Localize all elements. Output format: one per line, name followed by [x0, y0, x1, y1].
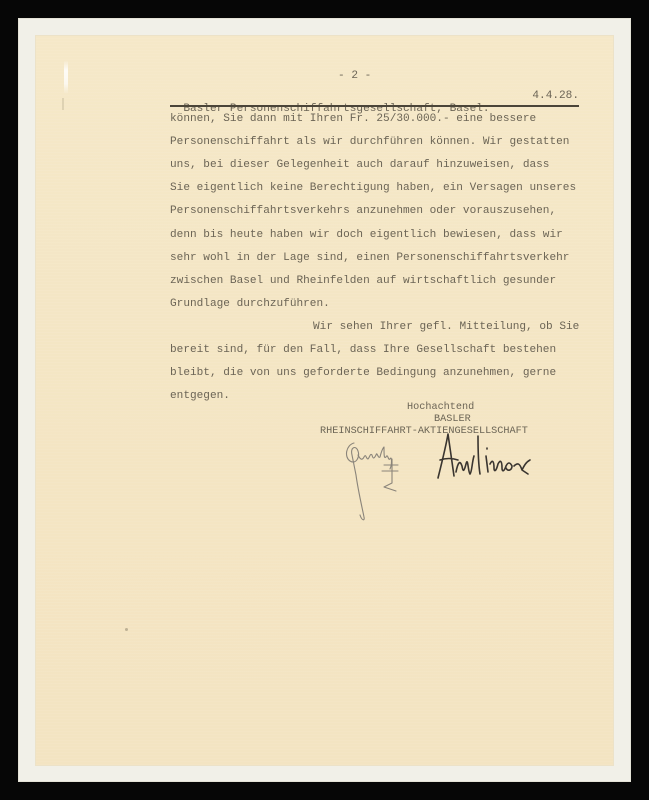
paper-blemish	[62, 98, 64, 110]
body-line: Wir sehen Ihrer gefl. Mitteilung, ob Sie	[313, 321, 579, 334]
page-number: - 2 -	[338, 70, 371, 83]
signature-left	[340, 435, 420, 525]
body-line: uns, bei dieser Gelegenheit auch darauf …	[170, 159, 549, 172]
body-line: Personenschiffahrtsverkehrs anzunehmen o…	[170, 205, 556, 218]
paper-speck	[125, 628, 128, 631]
body-line: denn bis heute haben wir doch eigentlich…	[170, 229, 563, 242]
body-line: Sie eigentlich keine Berechtigung haben,…	[170, 182, 576, 195]
body-line: können, Sie dann mit Ihren Fr. 25/30.000…	[170, 113, 536, 126]
closing-salutation: Hochachtend	[407, 402, 474, 414]
header-underline	[170, 105, 579, 107]
body-line: bleibt, die von uns geforderte Bedingung…	[170, 367, 556, 380]
letter-date: 4.4.28.	[532, 90, 579, 103]
company-name-line1: BASLER	[434, 414, 471, 426]
body-line: sehr wohl in der Lage sind, einen Person…	[170, 252, 569, 265]
signature-right	[430, 432, 545, 487]
paper-blemish	[64, 60, 68, 94]
body-line: Personenschiffahrt als wir durchführen k…	[170, 136, 569, 149]
body-line: bereit sind, für den Fall, dass Ihre Ges…	[170, 344, 556, 357]
body-line: Grundlage durchzuführen.	[170, 298, 330, 311]
body-line: zwischen Basel und Rheinfelden auf wirts…	[170, 275, 556, 288]
body-line: entgegen.	[170, 390, 230, 403]
